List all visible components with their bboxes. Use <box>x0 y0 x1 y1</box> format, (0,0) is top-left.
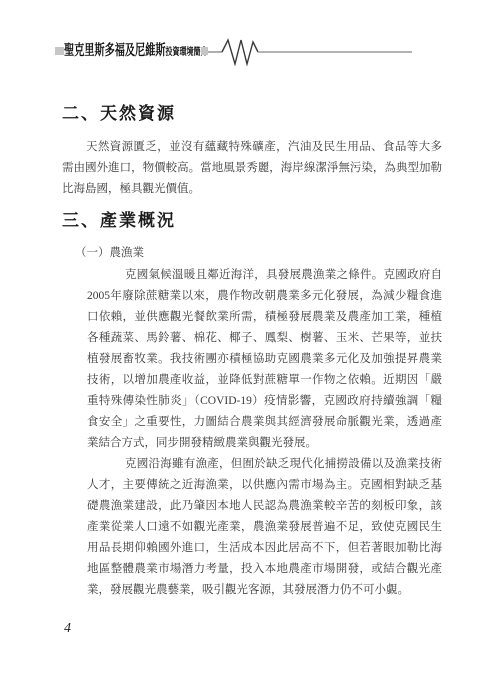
header-right-square <box>201 47 208 55</box>
page-number: 4 <box>64 621 71 637</box>
section-heading-natural-resources: 二、天然資源 <box>62 103 442 125</box>
paragraph-agriculture: 克國氣候溫暖且鄰近海洋，具發展農漁業之條件。克國政府自2005年廢除蔗糖業以來，… <box>87 265 442 454</box>
page-header: 聖克里斯多福及尼維斯 投資環境簡介 <box>0 0 480 70</box>
document-page: 聖克里斯多福及尼維斯 投資環境簡介 二、天然資源 天然資源匱乏，並沒有蘊藏特殊礦… <box>0 0 480 679</box>
section-heading-industry-overview: 三、產業概況 <box>62 210 442 232</box>
document-body: 二、天然資源 天然資源匱乏，並沒有蘊藏特殊礦產，汽油及民生用品、食品等大多需由國… <box>62 103 442 601</box>
pulse-line-icon <box>208 38 413 66</box>
paragraph-fishery: 克國沿海雖有漁產，但囿於缺乏現代化捕撈設備以及漁業技術人才，主要傳統之近海漁業，… <box>87 454 442 601</box>
subsection-label-agriculture-fishery: （一）農漁業 <box>75 246 442 261</box>
header-left-square <box>55 47 64 55</box>
paragraph-natural-resources: 天然資源匱乏，並沒有蘊藏特殊礦產，汽油及民生用品、食品等大多需由國外進口，物價較… <box>62 137 442 200</box>
running-title-main: 聖克里斯多福及尼維斯 <box>64 43 166 59</box>
running-title: 聖克里斯多福及尼維斯 投資環境簡介 <box>64 43 208 61</box>
